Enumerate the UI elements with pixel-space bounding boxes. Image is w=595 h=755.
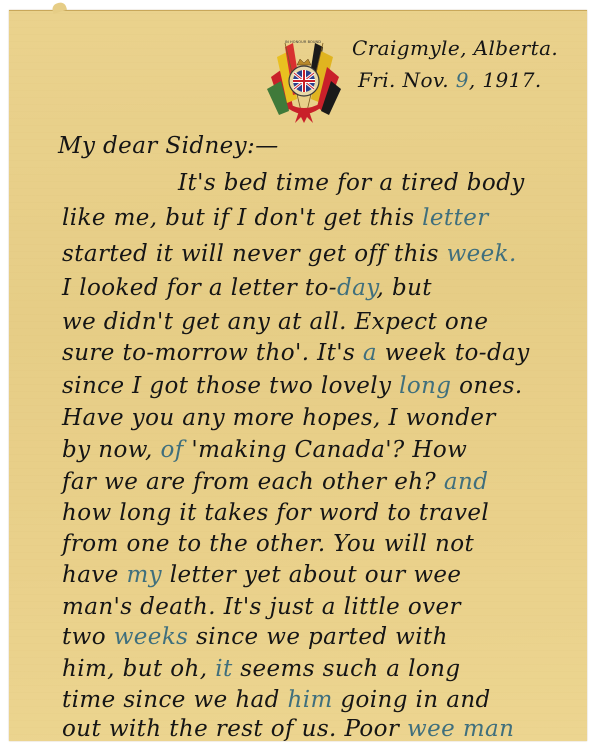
letter-line: I looked for a letter to-day, but xyxy=(62,275,432,301)
black-ink-text: week to-day xyxy=(377,340,530,366)
black-ink-text: how long it takes for word to travel xyxy=(62,500,489,526)
black-ink-text: by now, xyxy=(62,437,160,463)
black-ink-text: out with the rest of us. Poor xyxy=(62,716,407,742)
black-ink-text: Have you any more hopes, I wonder xyxy=(62,405,496,431)
letter-line: sure to-morrow tho'. It's a week to-day xyxy=(62,340,530,366)
black-ink-text: sure to-morrow tho'. It's xyxy=(62,340,363,366)
letter-line: two weeks since we parted with xyxy=(62,624,448,650)
black-ink-text: 'making Canada'? How xyxy=(184,437,468,463)
blue-ink-text: a xyxy=(363,340,377,366)
blue-ink-text: long xyxy=(399,373,451,399)
black-ink-text: we didn't get any at all. Expect one xyxy=(62,309,488,335)
black-ink-text: since we parted with xyxy=(188,624,448,650)
black-ink-text: going in and xyxy=(333,687,491,713)
letter-date: Fri. Nov. 9, 1917. xyxy=(358,68,542,92)
letter-line: like me, but if I don't get this letter xyxy=(62,205,489,231)
letter-line: have my letter yet about our wee xyxy=(62,562,461,588)
black-ink-text: It's bed time for a tired body xyxy=(178,170,525,196)
letter-line: started it will never get off this week. xyxy=(62,241,517,267)
black-ink-text: , but xyxy=(377,275,432,301)
letter-line: time since we had him going in and xyxy=(62,687,491,713)
letter-line: since I got those two lovely long ones. xyxy=(62,373,523,399)
black-ink-text: from one to the other. You will not xyxy=(62,531,474,557)
blue-ink-text: my xyxy=(126,562,162,588)
salutation: My dear Sidney:— xyxy=(58,133,279,159)
letter-line: out with the rest of us. Poor wee man xyxy=(62,716,514,742)
black-ink-text: I looked for a letter to- xyxy=(62,275,337,301)
black-ink-text: time since we had xyxy=(62,687,287,713)
blue-ink-text: wee man xyxy=(407,716,514,742)
black-ink-text: far we are from each other eh? xyxy=(62,469,444,495)
letter-line: It's bed time for a tired body xyxy=(178,170,525,196)
blue-ink-text: day xyxy=(337,275,377,301)
letter-line: from one to the other. You will not xyxy=(62,531,474,557)
blue-ink-text: of xyxy=(160,437,183,463)
blue-ink-text: it xyxy=(215,656,232,682)
letter-line: by now, of 'making Canada'? How xyxy=(62,437,467,463)
blue-ink-text: and xyxy=(444,469,488,495)
black-ink-text: him, but oh, xyxy=(62,656,215,682)
black-ink-text: since I got those two lovely xyxy=(62,373,399,399)
flag-crest-icon xyxy=(265,37,343,123)
black-ink-text: man's death. It's just a little over xyxy=(62,594,461,620)
letter-line: him, but oh, it seems such a long xyxy=(62,656,460,682)
blue-ink-text: him xyxy=(287,687,332,713)
blue-ink-text: weeks xyxy=(114,624,189,650)
black-ink-text: like me, but if I don't get this xyxy=(62,205,422,231)
black-ink-text: have xyxy=(62,562,126,588)
letter-line: Have you any more hopes, I wonder xyxy=(62,405,496,431)
black-ink-text: two xyxy=(62,624,114,650)
black-ink-text: ones. xyxy=(451,373,522,399)
crest-motto: IN HONOUR BOUND xyxy=(283,40,323,44)
letter-line: we didn't get any at all. Expect one xyxy=(62,309,488,335)
black-ink-text: letter yet about our wee xyxy=(162,562,461,588)
black-ink-text: seems such a long xyxy=(233,656,461,682)
letter-place: Craigmyle, Alberta. xyxy=(352,36,558,60)
letter-line: how long it takes for word to travel xyxy=(62,500,489,526)
blue-ink-text: letter xyxy=(422,205,488,231)
black-ink-text: started it will never get off this xyxy=(62,241,447,267)
blue-ink-text: week. xyxy=(447,241,517,267)
letter-line: man's death. It's just a little over xyxy=(62,594,461,620)
letter-line: far we are from each other eh? and xyxy=(62,469,488,495)
